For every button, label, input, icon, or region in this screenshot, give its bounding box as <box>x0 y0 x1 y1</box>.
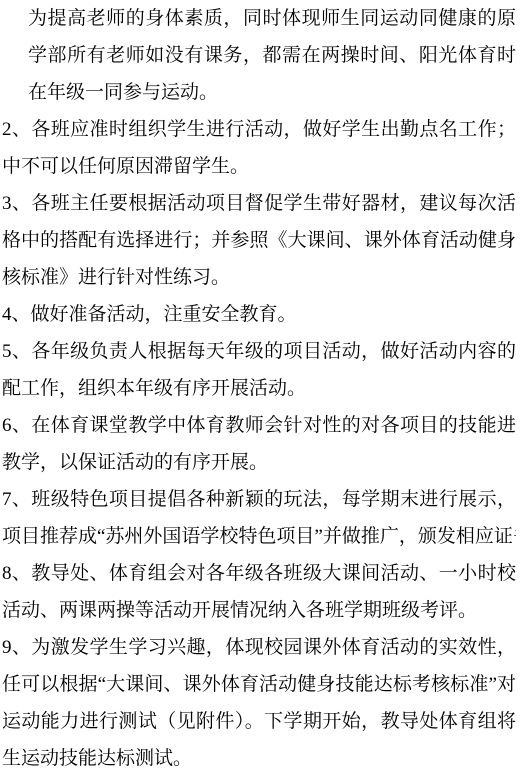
text-line: 在年级一同参与运动。 <box>2 74 516 111</box>
paragraph-item-5: 5、各年级负责人根据每天年级的项目活动，做好活动内容的协调搭配工作，组织本年级有… <box>2 333 516 407</box>
text-line: 项目推荐成“苏州外国语学校特色项目”并做推广，颁发相应证书。 <box>2 518 516 555</box>
text-line: 为提高老师的身体素质，同时体现师生同运动同健康的原则，小 <box>2 0 516 37</box>
text-line: 4、做好准备活动，注重安全教育。 <box>2 296 516 333</box>
paragraph-item-9: 9、为激发学生学习兴趣，体现校园课外体育活动的实效性，各班主任可以根据“大课间、… <box>2 629 516 777</box>
text-line: 8、教导处、体育组会对各年级各班级大课间活动、一小时校园体育 <box>2 555 516 592</box>
paragraph-item-7: 7、班级特色项目提倡各种新颖的玩法，每学期末进行展示，将优秀项目推荐成“苏州外国… <box>2 481 516 555</box>
paragraph-item-3: 3、各班主任要根据活动项目督促学生带好器材，建议每次活动以表格中的搭配有选择进行… <box>2 185 516 296</box>
text-line: 任可以根据“大课间、课外体育活动健身技能达标考核标准”对学生 <box>2 666 516 703</box>
text-line: 9、为激发学生学习兴趣，体现校园课外体育活动的实效性，各班主 <box>2 629 516 666</box>
text-line: 6、在体育课堂教学中体育教师会针对性的对各项目的技能进行辅导 <box>2 407 516 444</box>
text-line: 2、各班应准时组织学生进行活动，做好学生出勤点名工作；在活动 <box>2 111 516 148</box>
text-line: 3、各班主任要根据活动项目督促学生带好器材，建议每次活动以表 <box>2 185 516 222</box>
text-line: 活动、两课两操等活动开展情况纳入各班学期班级考评。 <box>2 592 516 629</box>
text-line: 学部所有老师如没有课务，都需在两操时间、阳光体育时间到所 <box>2 37 516 74</box>
text-line: 7、班级特色项目提倡各种新颖的玩法，每学期末进行展示，将优秀 <box>2 481 516 518</box>
text-line: 中不可以任何原因滞留学生。 <box>2 148 516 185</box>
text-line: 格中的搭配有选择进行；并参照《大课间、课外体育活动健身达标考 <box>2 222 516 259</box>
text-line: 5、各年级负责人根据每天年级的项目活动，做好活动内容的协调搭 <box>2 333 516 370</box>
text-line: 运动能力进行测试（见附件）。下学期开始，教导处体育组将对小学 <box>2 703 516 740</box>
paragraph-item-8: 8、教导处、体育组会对各年级各班级大课间活动、一小时校园体育活动、两课两操等活动… <box>2 555 516 629</box>
text-line: 教学，以保证活动的有序开展。 <box>2 444 516 481</box>
text-line: 生运动技能达标测试。 <box>2 740 516 777</box>
paragraph-item-4: 4、做好准备活动，注重安全教育。 <box>2 296 516 333</box>
paragraph-intro-continuation: 为提高老师的身体素质，同时体现师生同运动同健康的原则，小学部所有老师如没有课务，… <box>2 0 516 111</box>
text-line: 核标准》进行针对性练习。 <box>2 259 516 296</box>
document-page: 为提高老师的身体素质，同时体现师生同运动同健康的原则，小学部所有老师如没有课务，… <box>0 0 520 779</box>
paragraph-item-2: 2、各班应准时组织学生进行活动，做好学生出勤点名工作；在活动中不可以任何原因滞留… <box>2 111 516 185</box>
paragraph-item-6: 6、在体育课堂教学中体育教师会针对性的对各项目的技能进行辅导教学，以保证活动的有… <box>2 407 516 481</box>
document-body: 为提高老师的身体素质，同时体现师生同运动同健康的原则，小学部所有老师如没有课务，… <box>0 0 520 779</box>
text-line: 配工作，组织本年级有序开展活动。 <box>2 370 516 407</box>
